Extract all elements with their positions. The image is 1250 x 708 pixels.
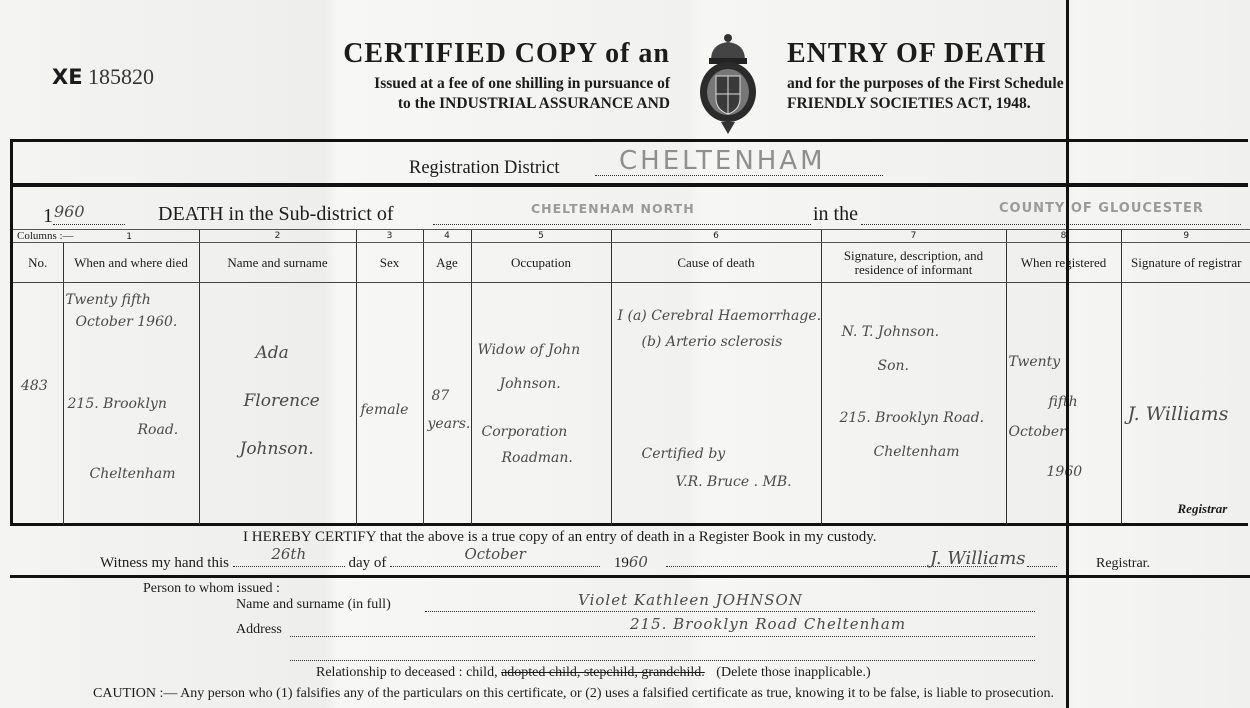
subtitle-left-2: to the INDUSTRIAL ASSURANCE AND bbox=[285, 94, 670, 114]
issued-address-blank-line bbox=[290, 660, 1035, 661]
registered-3: October bbox=[1009, 423, 1066, 441]
deceased-name-3: Johnson. bbox=[240, 439, 314, 459]
informant-1: N. T. Johnson. bbox=[842, 323, 940, 341]
sub-district-value: CHELTENHAM NORTH bbox=[531, 201, 695, 216]
issued-name-value: Violet Kathleen JOHNSON bbox=[578, 591, 803, 609]
registrar-label: Registrar bbox=[1178, 501, 1228, 517]
header-registrar-signature: Signature of registrar bbox=[1121, 243, 1250, 283]
occupation-3: Corporation bbox=[482, 423, 568, 441]
cell-informant: N. T. Johnson. Son. 215. Brooklyn Road. … bbox=[821, 283, 1006, 525]
deceased-age: 87 bbox=[432, 387, 450, 405]
deceased-sex: female bbox=[361, 401, 409, 419]
header-cause: Cause of death bbox=[611, 243, 821, 283]
header-age: Age bbox=[423, 243, 471, 283]
issued-address-value: 215. Brooklyn Road Cheltenham bbox=[630, 615, 906, 633]
issued-address-label: Address bbox=[236, 622, 282, 638]
certifying-registrar-signature: J. Williams bbox=[930, 548, 1026, 569]
issued-address-dotted-line bbox=[290, 636, 1035, 637]
fold-crease bbox=[1066, 0, 1069, 708]
death-date-2: October 1960. bbox=[76, 313, 178, 331]
deceased-name-1: Ada bbox=[256, 343, 289, 363]
issued-to-title: Person to whom issued : bbox=[143, 581, 280, 597]
header-sex: Sex bbox=[356, 243, 423, 283]
column-number: 3 bbox=[356, 230, 423, 243]
registered-4: 1960 bbox=[1047, 463, 1083, 481]
occupation-1: Widow of John bbox=[478, 341, 581, 359]
column-number: 5 bbox=[471, 230, 611, 243]
column-number: 4 bbox=[423, 230, 471, 243]
column-number: 7 bbox=[821, 230, 1006, 243]
table-row: 483 Twenty fifth October 1960. 215. Broo… bbox=[13, 283, 1250, 525]
cell-name: Ada Florence Johnson. bbox=[199, 283, 356, 525]
title-certified-copy: CERTIFIED COPY of an bbox=[285, 38, 670, 70]
witness-day-value: 26th bbox=[233, 545, 345, 563]
serial-number: XE 185820 bbox=[52, 64, 154, 90]
issued-name-label: Name and surname (in full) bbox=[236, 597, 391, 613]
death-sub-district-label: DEATH in the Sub-district of bbox=[158, 203, 394, 226]
death-date-1: Twenty fifth bbox=[66, 291, 151, 309]
registrar-signature: J. Williams bbox=[1128, 403, 1229, 425]
relationship-struck: adopted child, stepchild, grandchild. bbox=[501, 665, 705, 680]
relationship-prefix: Relationship to deceased : child, bbox=[316, 665, 501, 680]
county-value: COUNTY OF GLOUCESTER bbox=[999, 201, 1204, 216]
title-right-block: ENTRY OF DEATH and for the purposes of t… bbox=[787, 38, 1147, 114]
death-place-3: Cheltenham bbox=[90, 465, 176, 483]
cell-occupation: Widow of John Johnson. Corporation Roadm… bbox=[471, 283, 611, 525]
certifying-registrar-label: Registrar. bbox=[1096, 556, 1150, 572]
entry-number: 483 bbox=[21, 377, 48, 395]
relationship-note: (Delete those inapplicable.) bbox=[716, 665, 870, 680]
issued-name-dotted-line bbox=[425, 611, 1035, 612]
title-entry-of-death: ENTRY OF DEATH bbox=[787, 38, 1147, 70]
cell-no: 483 bbox=[13, 283, 63, 525]
column-number: 6 bbox=[611, 230, 821, 243]
section-divider bbox=[10, 575, 1250, 578]
cell-when-registered: Twenty fifth October 1960 bbox=[1006, 283, 1121, 525]
deceased-age-unit: years. bbox=[428, 415, 471, 433]
header-name: Name and surname bbox=[199, 243, 356, 283]
column-headers-row: No. When and where died Name and surname… bbox=[13, 243, 1250, 283]
witness-day-line: 26th bbox=[233, 553, 345, 567]
witness-label: Witness my hand this bbox=[100, 555, 229, 571]
occupation-4: Roadman. bbox=[502, 449, 573, 467]
registration-district-row: Registration District CHELTENHAM bbox=[13, 142, 1248, 187]
header-when-where: When and where died bbox=[63, 243, 199, 283]
witness-year-prefix: 19 bbox=[614, 555, 629, 571]
cause-1: I (a) Cerebral Haemorrhage. bbox=[618, 307, 822, 325]
sub-district-dotted-line bbox=[433, 224, 811, 225]
cell-sex: female bbox=[356, 283, 423, 525]
royal-coat-of-arms-icon bbox=[697, 30, 759, 138]
relationship-to-deceased: Relationship to deceased : child, adopte… bbox=[316, 665, 871, 681]
registered-1: Twenty bbox=[1009, 353, 1061, 371]
day-of-label: day of bbox=[348, 555, 386, 571]
serial-digits: 185820 bbox=[88, 64, 154, 89]
witness-row: Witness my hand this 26th day of October… bbox=[100, 553, 1057, 572]
registration-district-value: CHELTENHAM bbox=[619, 146, 826, 176]
informant-4: Cheltenham bbox=[874, 443, 960, 461]
header-when-registered: When registered bbox=[1006, 243, 1121, 283]
death-place-1: 215. Brooklyn bbox=[68, 395, 167, 413]
column-numbers-row: Columns :— 1 2 3 4 5 6 7 8 9 bbox=[13, 230, 1250, 243]
year-value: 960 bbox=[54, 202, 85, 221]
death-place-2: Road. bbox=[138, 421, 179, 439]
informant-2: Son. bbox=[878, 357, 910, 375]
column-number: 2 bbox=[199, 230, 356, 243]
sub-district-row: 1 960 DEATH in the Sub-district of CHELT… bbox=[13, 191, 1248, 233]
subtitle-right-2: FRIENDLY SOCIETIES ACT, 1948. bbox=[787, 94, 1147, 114]
registrar-dotted-line bbox=[1027, 553, 1057, 567]
cause-certifier: V.R. Bruce . MB. bbox=[676, 473, 792, 491]
column-number: 9 bbox=[1121, 230, 1250, 243]
in-the-label: in the bbox=[813, 203, 858, 226]
cause-certified-by: Certified by bbox=[642, 445, 726, 463]
witness-month-value: October bbox=[390, 545, 600, 563]
death-entry-table: Columns :— 1 2 3 4 5 6 7 8 9 No. When an… bbox=[13, 229, 1250, 525]
county-dotted-line bbox=[861, 224, 1241, 225]
deceased-name-2: Florence bbox=[244, 391, 320, 411]
header-informant: Signature, description, and residence of… bbox=[821, 243, 1006, 283]
serial-prefix: XE bbox=[52, 65, 83, 89]
witness-year-value: 60 bbox=[629, 553, 648, 571]
informant-3: 215. Brooklyn Road. bbox=[840, 409, 985, 427]
year-prefix: 1 bbox=[43, 205, 53, 228]
column-number: 8 bbox=[1006, 230, 1121, 243]
cell-when-where: Twenty fifth October 1960. 215. Brooklyn… bbox=[63, 283, 199, 525]
registered-2: fifth bbox=[1049, 393, 1078, 411]
subtitle-right-1: and for the purposes of the First Schedu… bbox=[787, 74, 1147, 94]
witness-month-line: October bbox=[390, 553, 600, 567]
occupation-2: Johnson. bbox=[500, 375, 561, 393]
cause-2: (b) Arterio sclerosis bbox=[642, 333, 783, 351]
subtitle-left-1: Issued at a fee of one shilling in pursu… bbox=[285, 74, 670, 94]
header-no: No. bbox=[13, 243, 63, 283]
title-left-block: CERTIFIED COPY of an Issued at a fee of … bbox=[285, 38, 670, 114]
cell-registrar-signature: J. Williams Registrar bbox=[1121, 283, 1250, 525]
columns-label: Columns :— 1 bbox=[13, 230, 199, 243]
certification-statement: I HEREBY CERTIFY that the above is a tru… bbox=[243, 529, 877, 546]
header-occupation: Occupation bbox=[471, 243, 611, 283]
registration-district-label: Registration District bbox=[409, 158, 560, 179]
cell-age: 87 years. bbox=[423, 283, 471, 525]
cell-cause: I (a) Cerebral Haemorrhage. (b) Arterio … bbox=[611, 283, 821, 525]
death-entry-box: Registration District CHELTENHAM 1 960 D… bbox=[10, 139, 1248, 526]
caution-notice: CAUTION :— Any person who (1) falsifies … bbox=[93, 686, 1054, 702]
year-dotted-line bbox=[53, 224, 125, 225]
